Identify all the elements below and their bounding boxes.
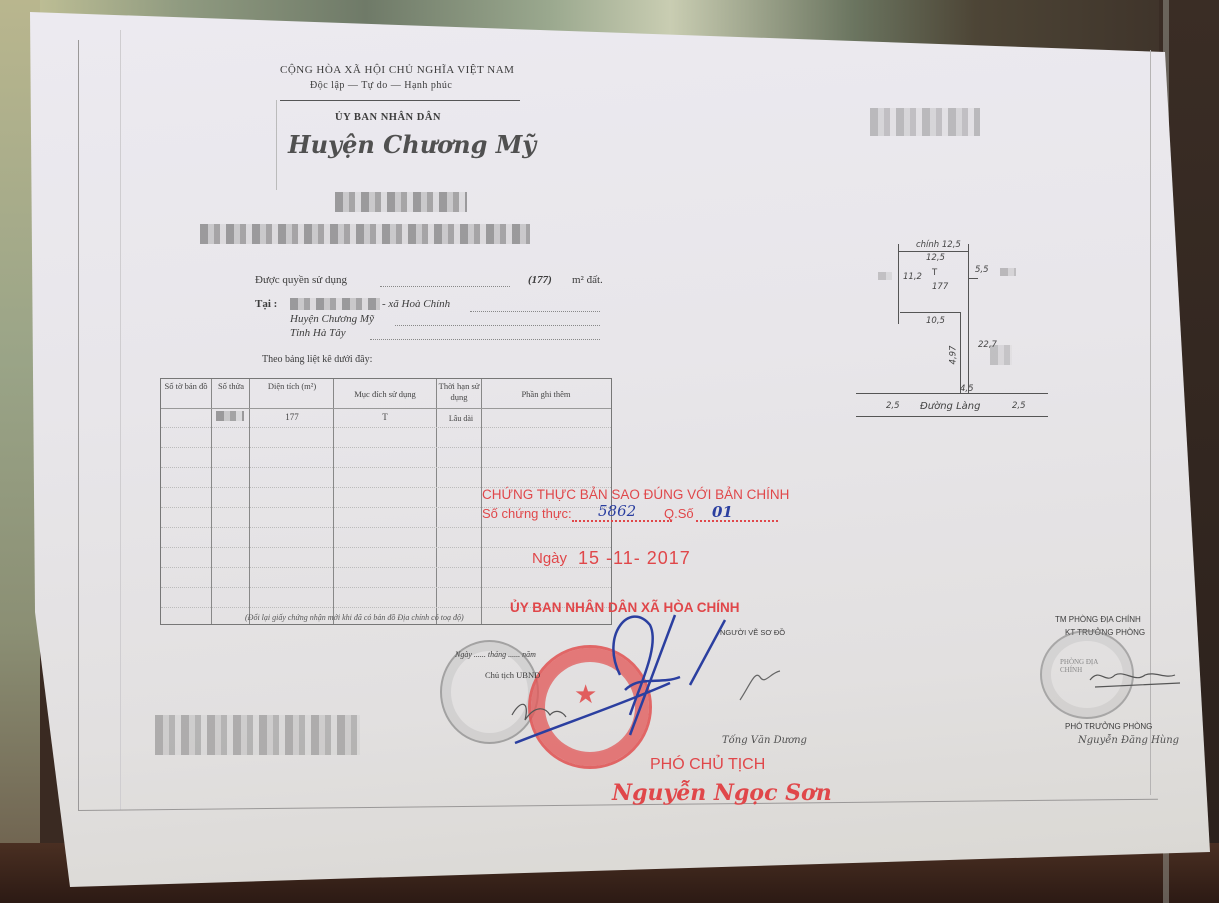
sketch-label-bottom-gap: 4,5 bbox=[960, 384, 974, 394]
cell-term: Lâu dài bbox=[438, 414, 484, 423]
location-commune: - xã Hoà Chính bbox=[382, 298, 450, 310]
row-line bbox=[161, 447, 611, 448]
header-notes: Phần ghi thêm bbox=[483, 389, 609, 400]
nation-heading: CỘNG HÒA XÃ HỘI CHỦ NGHĨA VIỆT NAM bbox=[280, 64, 514, 76]
header-term: Thời hạn sử dụng bbox=[438, 381, 480, 403]
redacted-top-right-code bbox=[870, 108, 980, 136]
header-box-edge bbox=[276, 100, 277, 190]
certification-number-label: Số chứng thực: bbox=[482, 506, 572, 521]
cell-purpose: T bbox=[337, 412, 433, 422]
redacted-address-prefix bbox=[290, 298, 380, 310]
sketch-label-inner-vertical: 4,97 bbox=[948, 346, 958, 365]
redacted-owner-name bbox=[200, 224, 530, 244]
row-line bbox=[161, 527, 611, 528]
header-parcel: Số thửa bbox=[215, 381, 247, 392]
land-office-line1: TM PHÒNG ĐỊA CHÍNH bbox=[1055, 615, 1141, 624]
sketch-tick bbox=[968, 278, 978, 279]
certification-date: 15 -11- 2017 bbox=[578, 548, 691, 569]
dotted-line bbox=[370, 339, 600, 340]
header-area: Diện tích (m²) bbox=[253, 381, 331, 392]
sketch-edge-middle bbox=[900, 312, 960, 313]
sketch-edge-right bbox=[968, 244, 969, 394]
redacted-parcel-number bbox=[216, 411, 244, 421]
redacted-title bbox=[335, 192, 467, 212]
redacted-sketch-neighbor bbox=[990, 345, 1012, 365]
dotted-line bbox=[395, 325, 600, 326]
list-intro: Theo bảng liệt kê dưới đây: bbox=[262, 354, 372, 365]
inner-border-left bbox=[78, 40, 79, 810]
row-line bbox=[161, 567, 611, 568]
road-edge-bottom bbox=[856, 416, 1048, 417]
row-line bbox=[161, 467, 611, 468]
signature-pho-chu-tich bbox=[500, 605, 740, 755]
usage-right-label: Được quyền sử dụng bbox=[255, 274, 347, 286]
paper-fold-line bbox=[120, 30, 121, 810]
certification-book-label: Q.Số bbox=[664, 506, 694, 521]
land-office-signature bbox=[1085, 665, 1185, 690]
surveyor-title: NGƯỜI VẼ SƠ ĐỒ bbox=[720, 628, 785, 637]
signature-original bbox=[510, 695, 570, 725]
row-line bbox=[161, 547, 611, 548]
road-edge-top bbox=[856, 393, 1048, 394]
redacted-sketch-neighbor bbox=[1000, 268, 1016, 276]
dotted-line bbox=[470, 311, 600, 312]
certification-book-value: 01 bbox=[712, 503, 733, 521]
sketch-label-road-width-right: 2,5 bbox=[1012, 401, 1026, 411]
sketch-label-area: 177 bbox=[932, 282, 948, 292]
sketch-label-land-type: T bbox=[932, 268, 937, 278]
sketch-edge-top bbox=[899, 251, 969, 252]
header-underline bbox=[161, 408, 611, 409]
motto: Độc lập — Tự do — Hạnh phúc bbox=[310, 80, 452, 91]
sketch-label-road-width-left: 2,5 bbox=[886, 401, 900, 411]
certification-title: CHỨNG THỰC BẢN SAO ĐÚNG VỚI BẢN CHÍNH bbox=[482, 487, 789, 502]
certification-number-value: 5862 bbox=[598, 502, 636, 520]
location-province: Tỉnh Hà Tây bbox=[290, 327, 346, 339]
location-district: Huyện Chương Mỹ bbox=[290, 313, 374, 325]
header-purpose: Mục đích sử dụng bbox=[337, 389, 433, 400]
header-map-sheet: Số tờ bản đồ bbox=[163, 381, 209, 392]
sketch-label-right-upper: 5,5 bbox=[975, 265, 989, 275]
issuer-district: Huyện Chương Mỹ bbox=[288, 130, 536, 159]
table-footnote: (Đổi lại giấy chứng nhận mới khi đã có b… bbox=[245, 613, 464, 622]
location-label: Tại : bbox=[255, 298, 277, 310]
redacted-bottom-left-note bbox=[155, 715, 360, 755]
sketch-label-middle: 10,5 bbox=[926, 316, 945, 326]
sketch-label-road: Đường Làng bbox=[920, 401, 980, 412]
row-line bbox=[161, 587, 611, 588]
dotted-line bbox=[380, 286, 510, 287]
land-office-signer-name: Nguyễn Đăng Hùng bbox=[1078, 735, 1179, 746]
surveyor-name: Tống Văn Dương bbox=[722, 735, 807, 746]
surveyor-signature bbox=[735, 665, 785, 705]
certification-book-dots bbox=[696, 520, 778, 522]
row-line bbox=[161, 427, 611, 428]
signer-title: PHÓ CHỦ TỊCH bbox=[650, 756, 765, 774]
sketch-edge-inner bbox=[960, 312, 961, 394]
sketch-edge-left bbox=[898, 244, 899, 324]
redacted-sketch-neighbor bbox=[878, 272, 892, 280]
certification-number-dots bbox=[572, 520, 672, 522]
sketch-label-top-outer: chính 12,5 bbox=[916, 240, 961, 250]
area-unit: m² đất. bbox=[572, 274, 603, 286]
sketch-label-top-inner: 12,5 bbox=[926, 253, 945, 263]
area-value: (177) bbox=[528, 274, 552, 286]
certification-date-label: Ngày bbox=[532, 550, 567, 567]
cell-area: 177 bbox=[253, 412, 331, 422]
sketch-label-left: 11,2 bbox=[903, 272, 922, 282]
issuer-line1: ỦY BAN NHÂN DÂN bbox=[335, 112, 441, 123]
header-rule bbox=[280, 100, 520, 101]
signer-name: Nguyễn Ngọc Sơn bbox=[612, 780, 832, 806]
land-office-signer-title: PHÓ TRƯỞNG PHÒNG bbox=[1065, 722, 1152, 731]
